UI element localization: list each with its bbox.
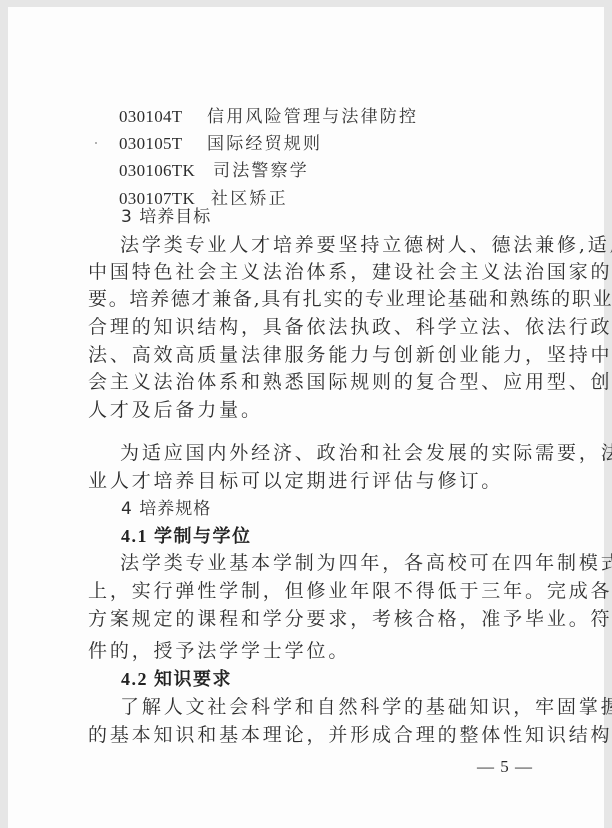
major-list-item: 030104T 信用风险管理与法律防控 — [119, 105, 539, 129]
paragraph-line: 方案规定的课程和学分要求，考核合格，准予毕业。符合规定条 — [88, 607, 612, 631]
page-number: — 5 — — [477, 757, 533, 777]
major-name: 社区矫正 — [211, 187, 288, 211]
paragraph-line: 法学类专业基本学制为四年，各高校可在四年制模式基础 — [120, 551, 612, 575]
section-heading: 4 培养规格 — [121, 497, 211, 521]
major-name: 信用风险管理与法律防控 — [207, 105, 418, 129]
major-name: 司法警察学 — [213, 159, 309, 183]
paragraph-line: 法、高效高质量法律服务能力与创新创业能力，坚持中国特色社 — [88, 343, 612, 367]
major-name: 国际经贸规则 — [207, 132, 322, 156]
paragraph-line: 了解人文社会科学和自然科学的基础知识，牢固掌握本专业 — [120, 695, 612, 719]
major-code: 030104T — [119, 105, 182, 129]
subsection-heading: 4.2 知识要求 — [121, 667, 232, 691]
section-heading: 3 培养目标 — [121, 205, 211, 229]
paragraph-line: 要。培养德才兼备,具有扎实的专业理论基础和熟练的职业技能、 — [88, 287, 612, 311]
paragraph-line: 中国特色社会主义法治体系，建设社会主义法治国家的实际需 — [88, 260, 612, 284]
subsection-heading: 4.1 学制与学位 — [121, 524, 252, 548]
paragraph-line: 人才及后备力量。 — [88, 398, 263, 422]
paragraph-line: 合理的知识结构，具备依法执政、科学立法、依法行政、公正司 — [88, 315, 612, 339]
major-list-item: 030106TK 司法警察学 — [119, 159, 539, 183]
major-code: 030105T — [119, 132, 182, 156]
paragraph-line: 件的，授予法学学士学位。 — [88, 639, 350, 663]
paragraph-line: 法学类专业人才培养要坚持立德树人、德法兼修,适应建设 — [120, 233, 612, 257]
paragraph-line: 为适应国内外经济、政治和社会发展的实际需要，法学类专 — [120, 441, 612, 465]
paragraph-line: 上，实行弹性学制，但修业年限不得低于三年。完成各专业培养 — [88, 579, 612, 603]
scan-speck — [95, 142, 97, 144]
major-code: 030106TK — [119, 159, 195, 183]
paragraph-line: 会主义法治体系和熟悉国际规则的复合型、应用型、创新型法治 — [88, 370, 612, 394]
paragraph-line: 的基本知识和基本理论，并形成合理的整体性知识结构。 — [88, 723, 612, 747]
major-list-item: 030105T 国际经贸规则 — [119, 132, 539, 156]
paragraph-line: 业人才培养目标可以定期进行评估与修订。 — [88, 469, 503, 493]
